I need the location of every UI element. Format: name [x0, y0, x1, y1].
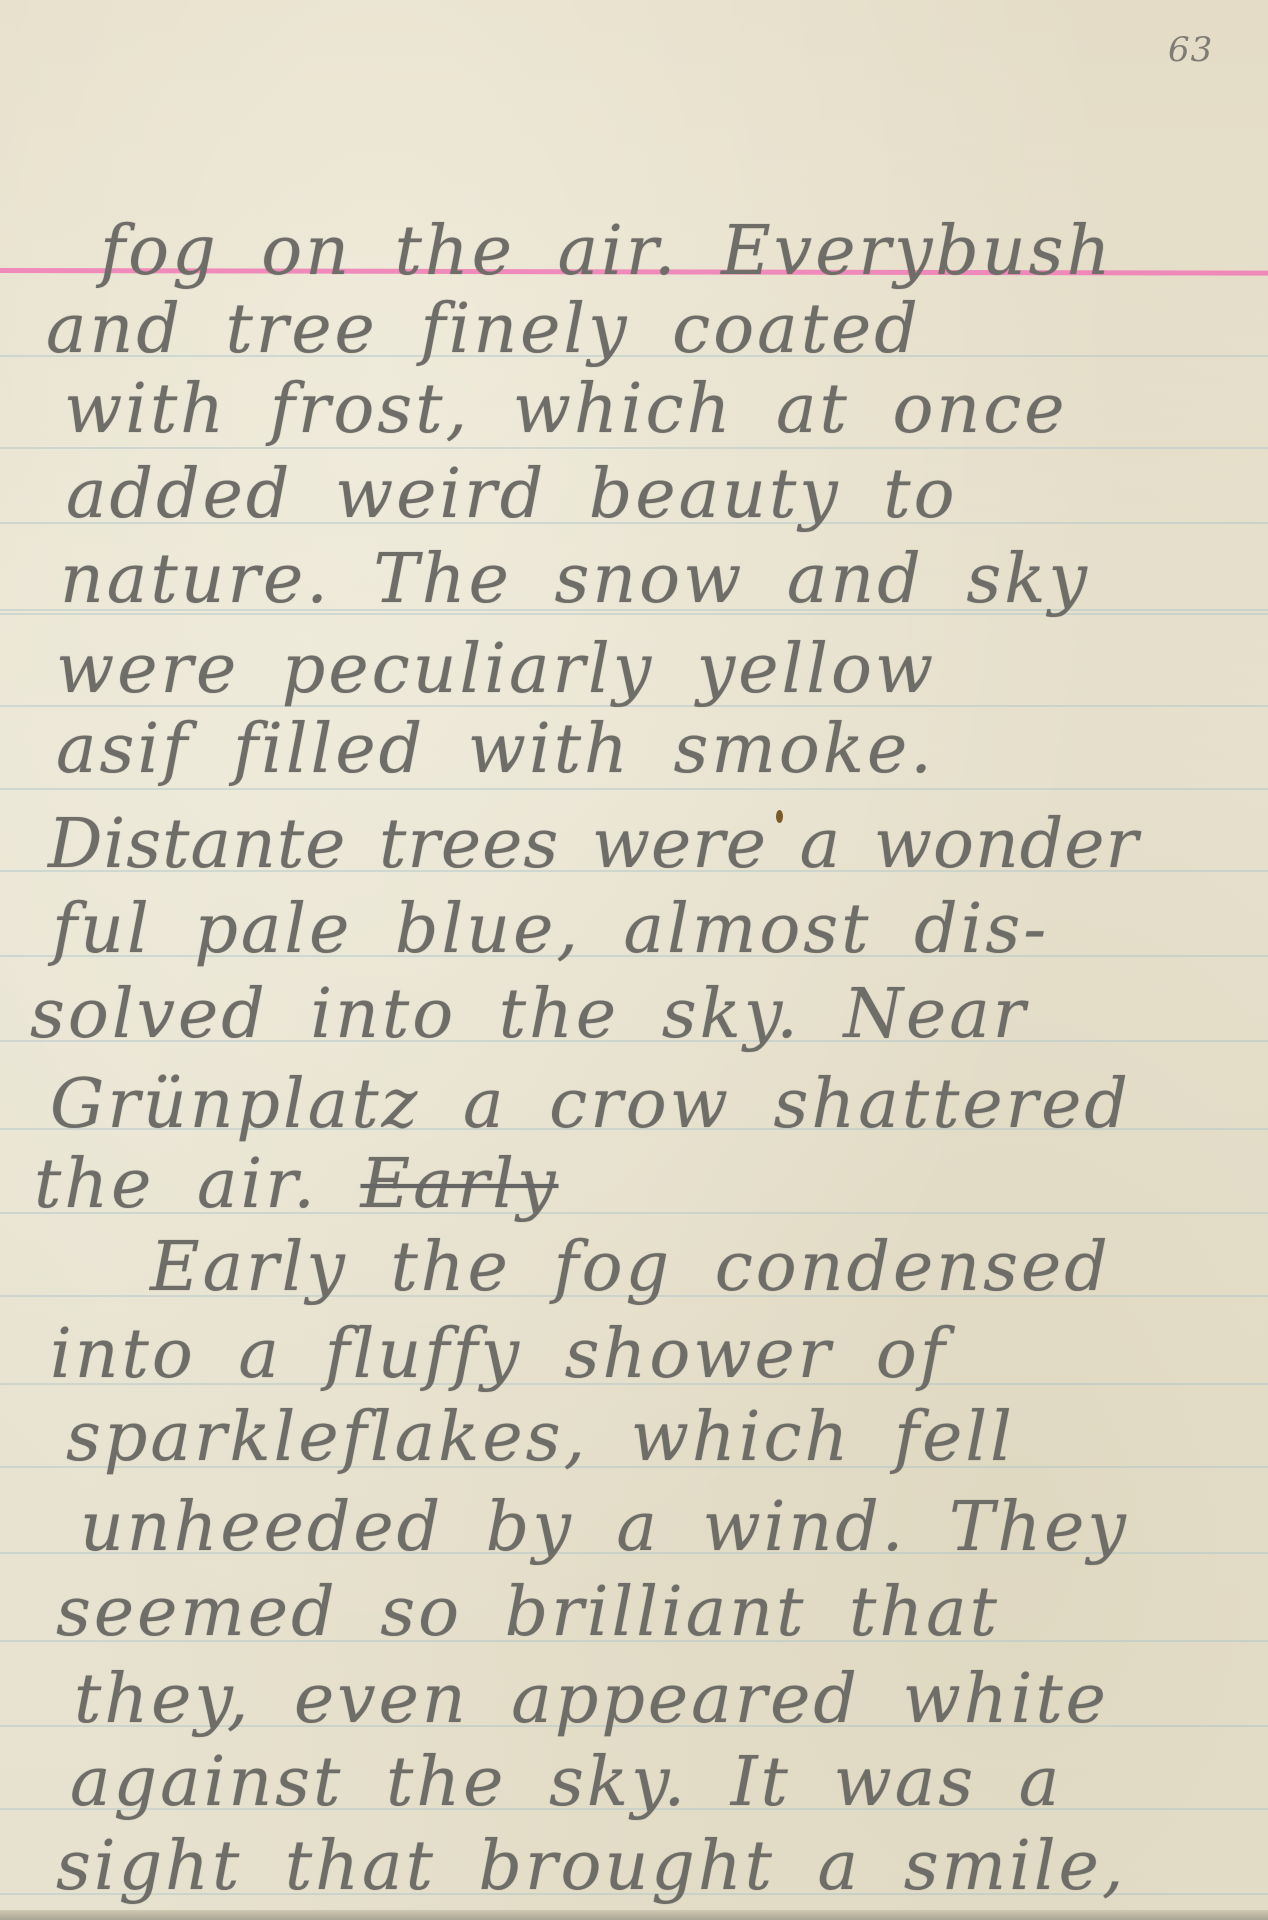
handwriting-line: seemed so brilliant that [56, 1573, 1000, 1652]
handwriting-line: and tree finely coated [46, 290, 921, 369]
handwriting-text: the air. [34, 1145, 318, 1224]
struck-through-word: Early [361, 1145, 559, 1224]
handwriting-line: Distante trees were a wonder [48, 805, 1139, 884]
handwriting-line: sparkleflakes, which fell [66, 1398, 1015, 1477]
page-number: 63 [1168, 30, 1213, 70]
handwriting-line: against the sky. It was a [70, 1743, 1062, 1822]
handwriting-line: into a fluffy shower of [50, 1315, 948, 1394]
handwriting-line: the air. Early [34, 1145, 558, 1224]
handwriting-line: ful pale blue, almost dis- [52, 890, 1049, 969]
handwriting-line: asif filled with smoke. [56, 710, 935, 789]
notebook-page: 63 fog on the air. Everybush and tree fi… [0, 0, 1268, 1920]
handwriting-line: nature. The snow and sky [60, 540, 1090, 619]
handwriting-line: Grünplatz a crow shattered [50, 1065, 1131, 1144]
handwriting-line: Early the fog condensed [150, 1228, 1111, 1307]
handwriting-line: fog on the air. Everybush [100, 212, 1113, 291]
handwriting-line: added weird beauty to [66, 455, 958, 534]
handwriting-line: solved into the sky. Near [30, 975, 1028, 1054]
handwriting-line: unheeded by a wind. They [80, 1488, 1129, 1567]
handwriting-line: were peculiarly yellow [56, 630, 936, 709]
handwriting-line: sight that brought a smile, [56, 1827, 1126, 1906]
handwriting-line: with frost, which at once [64, 370, 1068, 449]
handwriting-line: they, even appeared white [74, 1660, 1109, 1739]
